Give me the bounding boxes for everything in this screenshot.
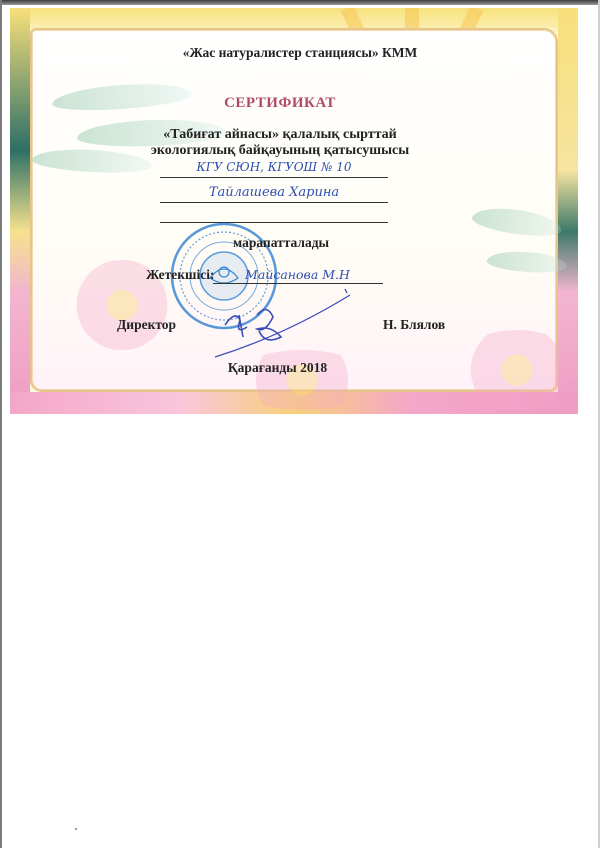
organization-name: «Жас натуралистер станциясы» КММ [0, 45, 600, 61]
city-and-year: Қарағанды 2018 [0, 360, 555, 376]
handwritten-leader-name: Майсанова М.Н [215, 267, 380, 282]
director-signature-icon [195, 285, 355, 360]
scan-edge-top [0, 0, 600, 5]
fill-line [160, 177, 388, 178]
leaf-decoration [486, 249, 567, 275]
fill-line [160, 202, 388, 203]
leaf-decoration [471, 204, 563, 240]
scan-speck [75, 828, 77, 830]
leader-fill-line [213, 283, 383, 284]
awarded-text: марапатталады [233, 235, 329, 251]
certificate-title: СЕРТИФИКАТ [0, 95, 560, 112]
handwritten-school: КГУ СЮН, КГУОШ № 10 [160, 160, 388, 174]
subtitle-line-2: экологиялық байқауының қатысушысы [0, 143, 560, 159]
frame-band-top [10, 8, 578, 28]
frame-band-left [10, 8, 30, 414]
subtitle-line-1: «Табиғат айнасы» қалалық сырттай [0, 127, 560, 143]
director-label: Директор [117, 317, 176, 333]
certificate-subtitle: «Табиғат айнасы» қалалық сырттай экологи… [0, 127, 560, 159]
leader-label: Жетекшісі: [146, 267, 214, 283]
director-name: Н. Блялов [383, 317, 445, 333]
handwritten-participant-name: Тайлашева Харина [160, 185, 388, 200]
